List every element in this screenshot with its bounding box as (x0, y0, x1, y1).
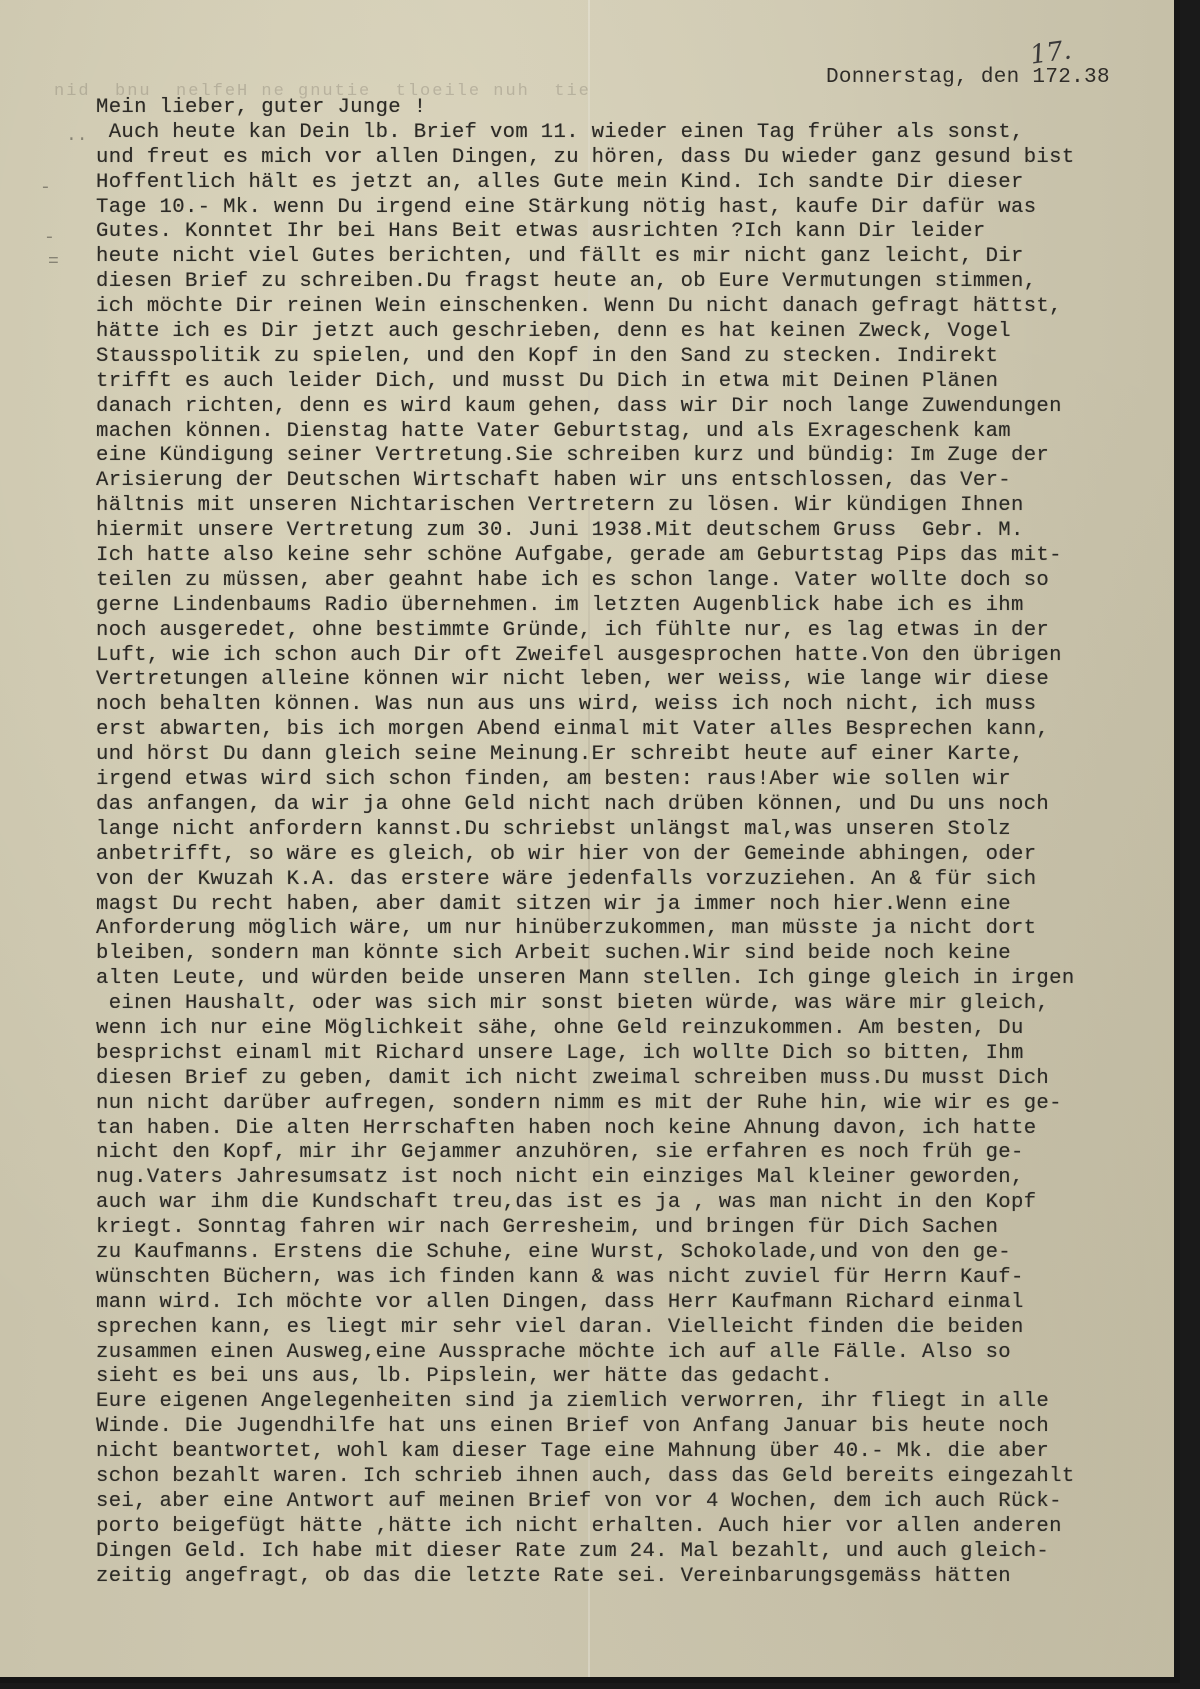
letter-line: zeitig angefragt, ob das die letzte Rate… (96, 1565, 1186, 1590)
letter-line: einen Haushalt, oder was sich mir sonst … (96, 992, 1186, 1017)
letter-line: und freut es mich vor allen Dingen, zu h… (96, 146, 1186, 171)
letter-line: kriegt. Sonntag fahren wir nach Gerreshe… (96, 1216, 1186, 1241)
letter-line: nun nicht darüber aufregen, sondern nimm… (96, 1092, 1186, 1117)
letter-line: auch war ihm die Kundschaft treu,das ist… (96, 1191, 1186, 1216)
letter-line: trifft es auch leider Dich, und musst Du… (96, 370, 1186, 395)
letter-line: porto beigefügt hätte ,hätte ich nicht e… (96, 1515, 1186, 1540)
letter-line: nicht beantwortet, wohl kam dieser Tage … (96, 1440, 1186, 1465)
salutation: Mein lieber, guter Junge ! (96, 96, 1186, 121)
letter-body: Mein lieber, guter Junge ! Auch heute ka… (96, 96, 1186, 1589)
letter-line: diesen Brief zu geben, damit ich nicht z… (96, 1067, 1186, 1092)
letter-line: tan haben. Die alten Herrschaften haben … (96, 1117, 1186, 1142)
letter-line: ich möchte Dir reinen Wein einschenken. … (96, 295, 1186, 320)
margin-mark: = (48, 252, 59, 272)
letter-line: noch ausgeredet, ohne bestimmte Gründe, … (96, 619, 1186, 644)
letter-line: Stausspolitik zu spielen, und den Kopf i… (96, 345, 1186, 370)
letter-line: das anfangen, da wir ja ohne Geld nicht … (96, 793, 1186, 818)
letter-line: irgend etwas wird sich schon finden, am … (96, 768, 1186, 793)
letter-line: lange nicht anfordern kannst.Du schriebs… (96, 818, 1186, 843)
letter-page: 17. Donnerstag, den 172.38 nid bnu nelfe… (0, 0, 1180, 1683)
letter-line: mann wird. Ich möchte vor allen Dingen, … (96, 1291, 1186, 1316)
letter-line: Winde. Die Jugendhilfe hat uns einen Bri… (96, 1415, 1186, 1440)
letter-line: Tage 10.- Mk. wenn Du irgend eine Stärku… (96, 196, 1186, 221)
letter-line: teilen zu müssen, aber geahnt habe ich e… (96, 569, 1186, 594)
letter-line: gerne Lindenbaums Radio übernehmen. im l… (96, 594, 1186, 619)
letter-lines: Auch heute kan Dein lb. Brief vom 11. wi… (96, 121, 1186, 1590)
letter-line: Auch heute kan Dein lb. Brief vom 11. wi… (96, 121, 1186, 146)
letter-line: sei, aber eine Antwort auf meinen Brief … (96, 1490, 1186, 1515)
letter-line: besprichst einaml mit Richard unsere Lag… (96, 1042, 1186, 1067)
letter-line: hätte ich es Dir jetzt auch geschrieben,… (96, 320, 1186, 345)
letter-line: sprechen kann, es liegt mir sehr viel da… (96, 1316, 1186, 1341)
letter-line: diesen Brief zu schreiben.Du fragst heut… (96, 270, 1186, 295)
letter-date: Donnerstag, den 172.38 (826, 66, 1110, 89)
letter-line: Arisierung der Deutschen Wirtschaft habe… (96, 469, 1186, 494)
letter-line: zu Kaufmanns. Erstens die Schuhe, eine W… (96, 1241, 1186, 1266)
letter-line: alten Leute, und würden beide unseren Ma… (96, 967, 1186, 992)
letter-line: Ich hatte also keine sehr schöne Aufgabe… (96, 544, 1186, 569)
letter-line: wünschten Büchern, was ich finden kann &… (96, 1266, 1186, 1291)
letter-line: bleiben, sondern man könnte sich Arbeit … (96, 942, 1186, 967)
letter-line: schon bezahlt waren. Ich schrieb ihnen a… (96, 1465, 1186, 1490)
margin-mark: .. (66, 126, 88, 146)
letter-line: und hörst Du dann gleich seine Meinung.E… (96, 743, 1186, 768)
letter-line: Eure eigenen Angelegenheiten sind ja zie… (96, 1390, 1186, 1415)
letter-line: wenn ich nur eine Möglichkeit sähe, ohne… (96, 1017, 1186, 1042)
letter-line: Dingen Geld. Ich habe mit dieser Rate zu… (96, 1540, 1186, 1565)
letter-line: machen können. Dienstag hatte Vater Gebu… (96, 420, 1186, 445)
letter-line: heute nicht viel Gutes berichten, und fä… (96, 245, 1186, 270)
letter-line: noch behalten können. Was nun aus uns wi… (96, 693, 1186, 718)
letter-line: erst abwarten, bis ich morgen Abend einm… (96, 718, 1186, 743)
letter-line: Gutes. Konntet Ihr bei Hans Beit etwas a… (96, 220, 1186, 245)
letter-line: zusammen einen Ausweg,eine Aussprache mö… (96, 1341, 1186, 1366)
letter-line: sieht es bei uns aus, lb. Pipslein, wer … (96, 1365, 1186, 1390)
letter-line: Vertretungen alleine können wir nicht le… (96, 668, 1186, 693)
letter-line: danach richten, denn es wird kaum gehen,… (96, 395, 1186, 420)
letter-line: Anforderung möglich wäre, um nur hinüber… (96, 917, 1186, 942)
letter-line: nug.Vaters Jahresumsatz ist noch nicht e… (96, 1166, 1186, 1191)
letter-line: Luft, wie ich schon auch Dir oft Zweifel… (96, 644, 1186, 669)
letter-line: eine Kündigung seiner Vertretung.Sie sch… (96, 444, 1186, 469)
letter-line: magst Du recht haben, aber damit sitzen … (96, 893, 1186, 918)
letter-line: hiermit unsere Vertretung zum 30. Juni 1… (96, 519, 1186, 544)
letter-line: Hoffentlich hält es jetzt an, alles Gute… (96, 171, 1186, 196)
letter-line: von der Kwuzah K.A. das erstere wäre jed… (96, 868, 1186, 893)
margin-mark: - (40, 178, 51, 198)
letter-line: nicht den Kopf, mir ihr Gejammer anzuhör… (96, 1141, 1186, 1166)
letter-line: anbetrifft, so wäre es gleich, ob wir hi… (96, 843, 1186, 868)
letter-line: hältnis mit unseren Nichtarischen Vertre… (96, 494, 1186, 519)
margin-mark: - (44, 228, 55, 248)
